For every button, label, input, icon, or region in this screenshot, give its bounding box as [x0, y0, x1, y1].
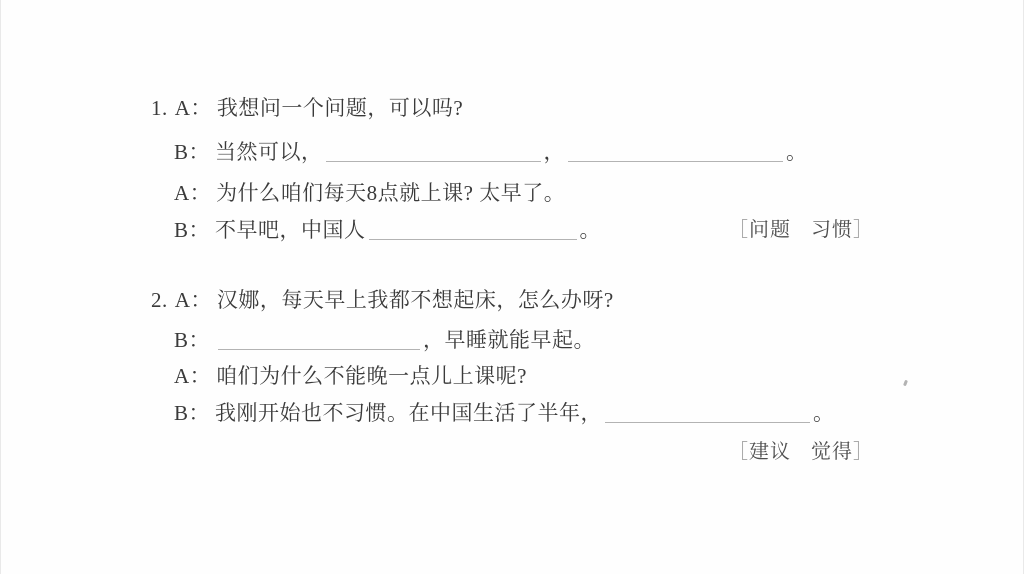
dialogue-text: ， [544, 140, 566, 164]
bracket-close: ］ [853, 219, 874, 241]
word-bank-word: 问题 [749, 219, 791, 241]
dialogue-line: B：不早吧，中国人。 [174, 214, 601, 244]
word-bank: ［建议觉得］ [728, 435, 874, 464]
speaker-label: B： [174, 401, 210, 425]
word-bank-word: 建议 [749, 441, 791, 463]
dialogue-line: A：为什么咱们每天8点就上课? 太早了。 [174, 177, 565, 207]
speaker-label: A： [174, 364, 211, 388]
textbook-page: 1.A：我想问一个问题，可以吗? B：当然可以，，。 A：为什么咱们每天8点就上… [0, 0, 1024, 574]
word-bank-word: 觉得 [811, 441, 853, 463]
answer-blank [369, 218, 577, 240]
dialogue-text: 汉娜，每天早上我都不想起床，怎么办呀? [217, 288, 614, 312]
dialogue-text: 。 [580, 218, 602, 242]
dialogue-text: 。 [813, 401, 835, 425]
dialogue-line: B：当然可以，，。 [174, 136, 808, 166]
speaker-label: A： [174, 181, 211, 205]
answer-blank [218, 328, 420, 350]
word-bank-word: 习惯 [811, 219, 853, 241]
answer-blank [326, 140, 541, 162]
speaker-label: B： [174, 218, 210, 242]
dialogue-text: 咱们为什么不能晚一点儿上课呢? [216, 364, 527, 388]
speaker-label: A： [175, 96, 212, 120]
answer-blank [605, 401, 810, 423]
speaker-label: B： [174, 140, 210, 164]
dialogue-text: 不早吧，中国人 [215, 218, 366, 242]
speaker-label: A： [175, 288, 212, 312]
exercise-number: 1. [151, 96, 168, 120]
dialogue-text: 我刚开始也不习惯。在中国生活了半年， [215, 401, 602, 425]
dialogue-line: B：，早睡就能早起。 [174, 324, 595, 354]
dialogue-line: 1.A：我想问一个问题，可以吗? [151, 92, 463, 122]
dialogue-line: 2.A：汉娜，每天早上我都不想起床，怎么办呀? [151, 284, 614, 314]
dialogue-line: B：我刚开始也不习惯。在中国生活了半年，。 [174, 397, 835, 427]
scan-speck [903, 380, 908, 387]
answer-blank [568, 140, 783, 162]
dialogue-text: 当然可以， [215, 140, 323, 164]
dialogue-line: A：咱们为什么不能晚一点儿上课呢? [174, 360, 527, 390]
bracket-close: ］ [853, 441, 874, 463]
dialogue-text: ，早睡就能早起。 [423, 328, 595, 352]
dialogue-text: 我想问一个问题，可以吗? [217, 96, 463, 120]
dialogue-text: 为什么咱们每天8点就上课? 太早了。 [216, 181, 565, 205]
word-bank: ［问题习惯］ [728, 213, 874, 242]
speaker-label: B： [174, 328, 210, 352]
bracket-open: ［ [728, 441, 749, 463]
dialogue-text: 。 [786, 140, 808, 164]
bracket-open: ［ [728, 219, 749, 241]
exercise-number: 2. [151, 288, 168, 312]
